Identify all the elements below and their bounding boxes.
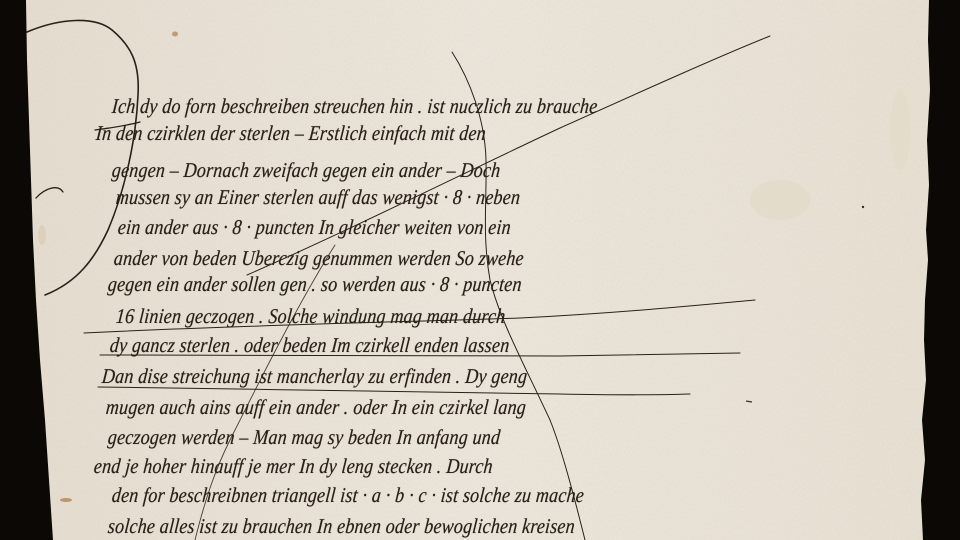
text-line: mugen auch ains auff ein ander . oder In…: [105, 395, 527, 420]
text-line: solche alles ist zu brauchen In ebnen od…: [107, 514, 576, 539]
text-line: 16 linien geczogen . Solche windung mag …: [115, 304, 507, 329]
text-line: ander von beden Uberczig genummen werden…: [113, 246, 525, 271]
text-line: den for beschreibnen triangell ist · a ·…: [111, 483, 585, 508]
manuscript-text: Ich dy do forn beschreiben streuchen hin…: [0, 0, 960, 540]
text-line: gegen ein ander sollen gen . so werden a…: [107, 272, 523, 297]
text-line: dy gancz sterlen . oder beden Im czirkel…: [109, 333, 511, 358]
text-line: geczogen werden – Man mag sy beden In an…: [107, 425, 502, 450]
manuscript-scan: Ich dy do forn beschreiben streuchen hin…: [0, 0, 960, 540]
text-line: gengen – Dornach zweifach gegen ein ande…: [111, 158, 502, 183]
text-line: Ich dy do forn beschreiben streuchen hin…: [111, 94, 599, 119]
text-line: ein ander aus · 8 · puncten In gleicher …: [117, 215, 512, 240]
text-line: mussen sy an Einer sterlen auff das weni…: [115, 185, 522, 210]
text-line: In den czirklen der sterlen – Erstlich e…: [95, 121, 487, 146]
text-line: end je hoher hinauff je mer In dy leng s…: [93, 454, 494, 479]
text-line: Dan dise streichung ist mancherlay zu er…: [101, 364, 529, 389]
